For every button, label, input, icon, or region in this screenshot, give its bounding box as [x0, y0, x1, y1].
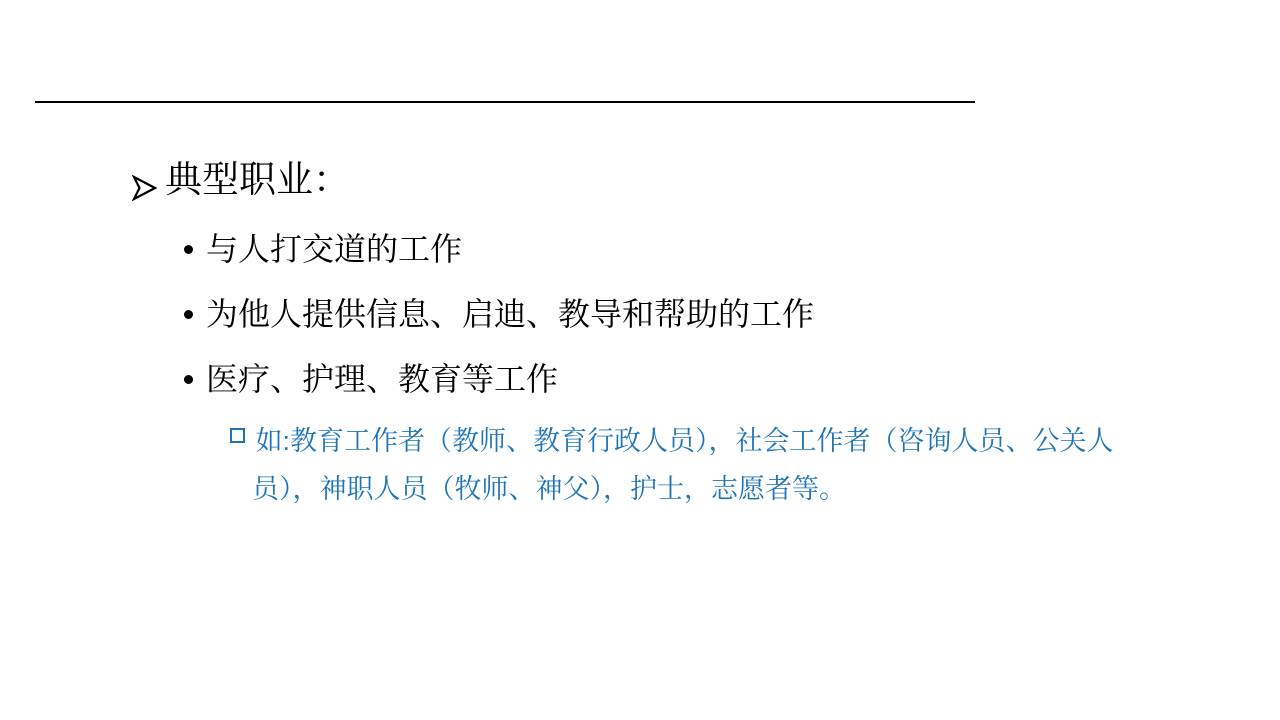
note-line: 如:教育工作者（教师、教育行政人员），社会工作者（咨询人员、公关人: [230, 417, 1160, 465]
note-text: 如:教育工作者（教师、教育行政人员），社会工作者（咨询人员、公关人: [256, 426, 1114, 456]
dot-bullet-icon: [184, 310, 193, 319]
bullet-item: 为他人提供信息、启迪、教导和帮助的工作: [184, 292, 814, 336]
dot-bullet-icon: [184, 375, 193, 384]
dot-bullet-icon: [184, 245, 193, 254]
hollow-square-bullet-icon: [230, 428, 245, 443]
bullet-text: 为他人提供信息、启迪、教导和帮助的工作: [206, 292, 814, 336]
arrowhead-bullet-icon: [132, 167, 157, 193]
note-block: 如:教育工作者（教师、教育行政人员），社会工作者（咨询人员、公关人 员），神职人…: [230, 417, 1160, 513]
presentation-slide: 典型职业： 与人打交道的工作 为他人提供信息、启迪、教导和帮助的工作 医疗、护理…: [0, 0, 1280, 720]
bullet-text: 医疗、护理、教育等工作: [206, 357, 558, 401]
bullet-item: 医疗、护理、教育等工作: [184, 357, 558, 401]
note-line: 员），神职人员（牧师、神父），护士，志愿者等。: [252, 465, 1160, 513]
heading-text: 典型职业：: [165, 158, 350, 202]
heading-row: 典型职业：: [132, 158, 350, 202]
bullet-text: 与人打交道的工作: [206, 227, 462, 271]
bullet-item: 与人打交道的工作: [184, 227, 462, 271]
title-divider-line: [35, 101, 975, 103]
